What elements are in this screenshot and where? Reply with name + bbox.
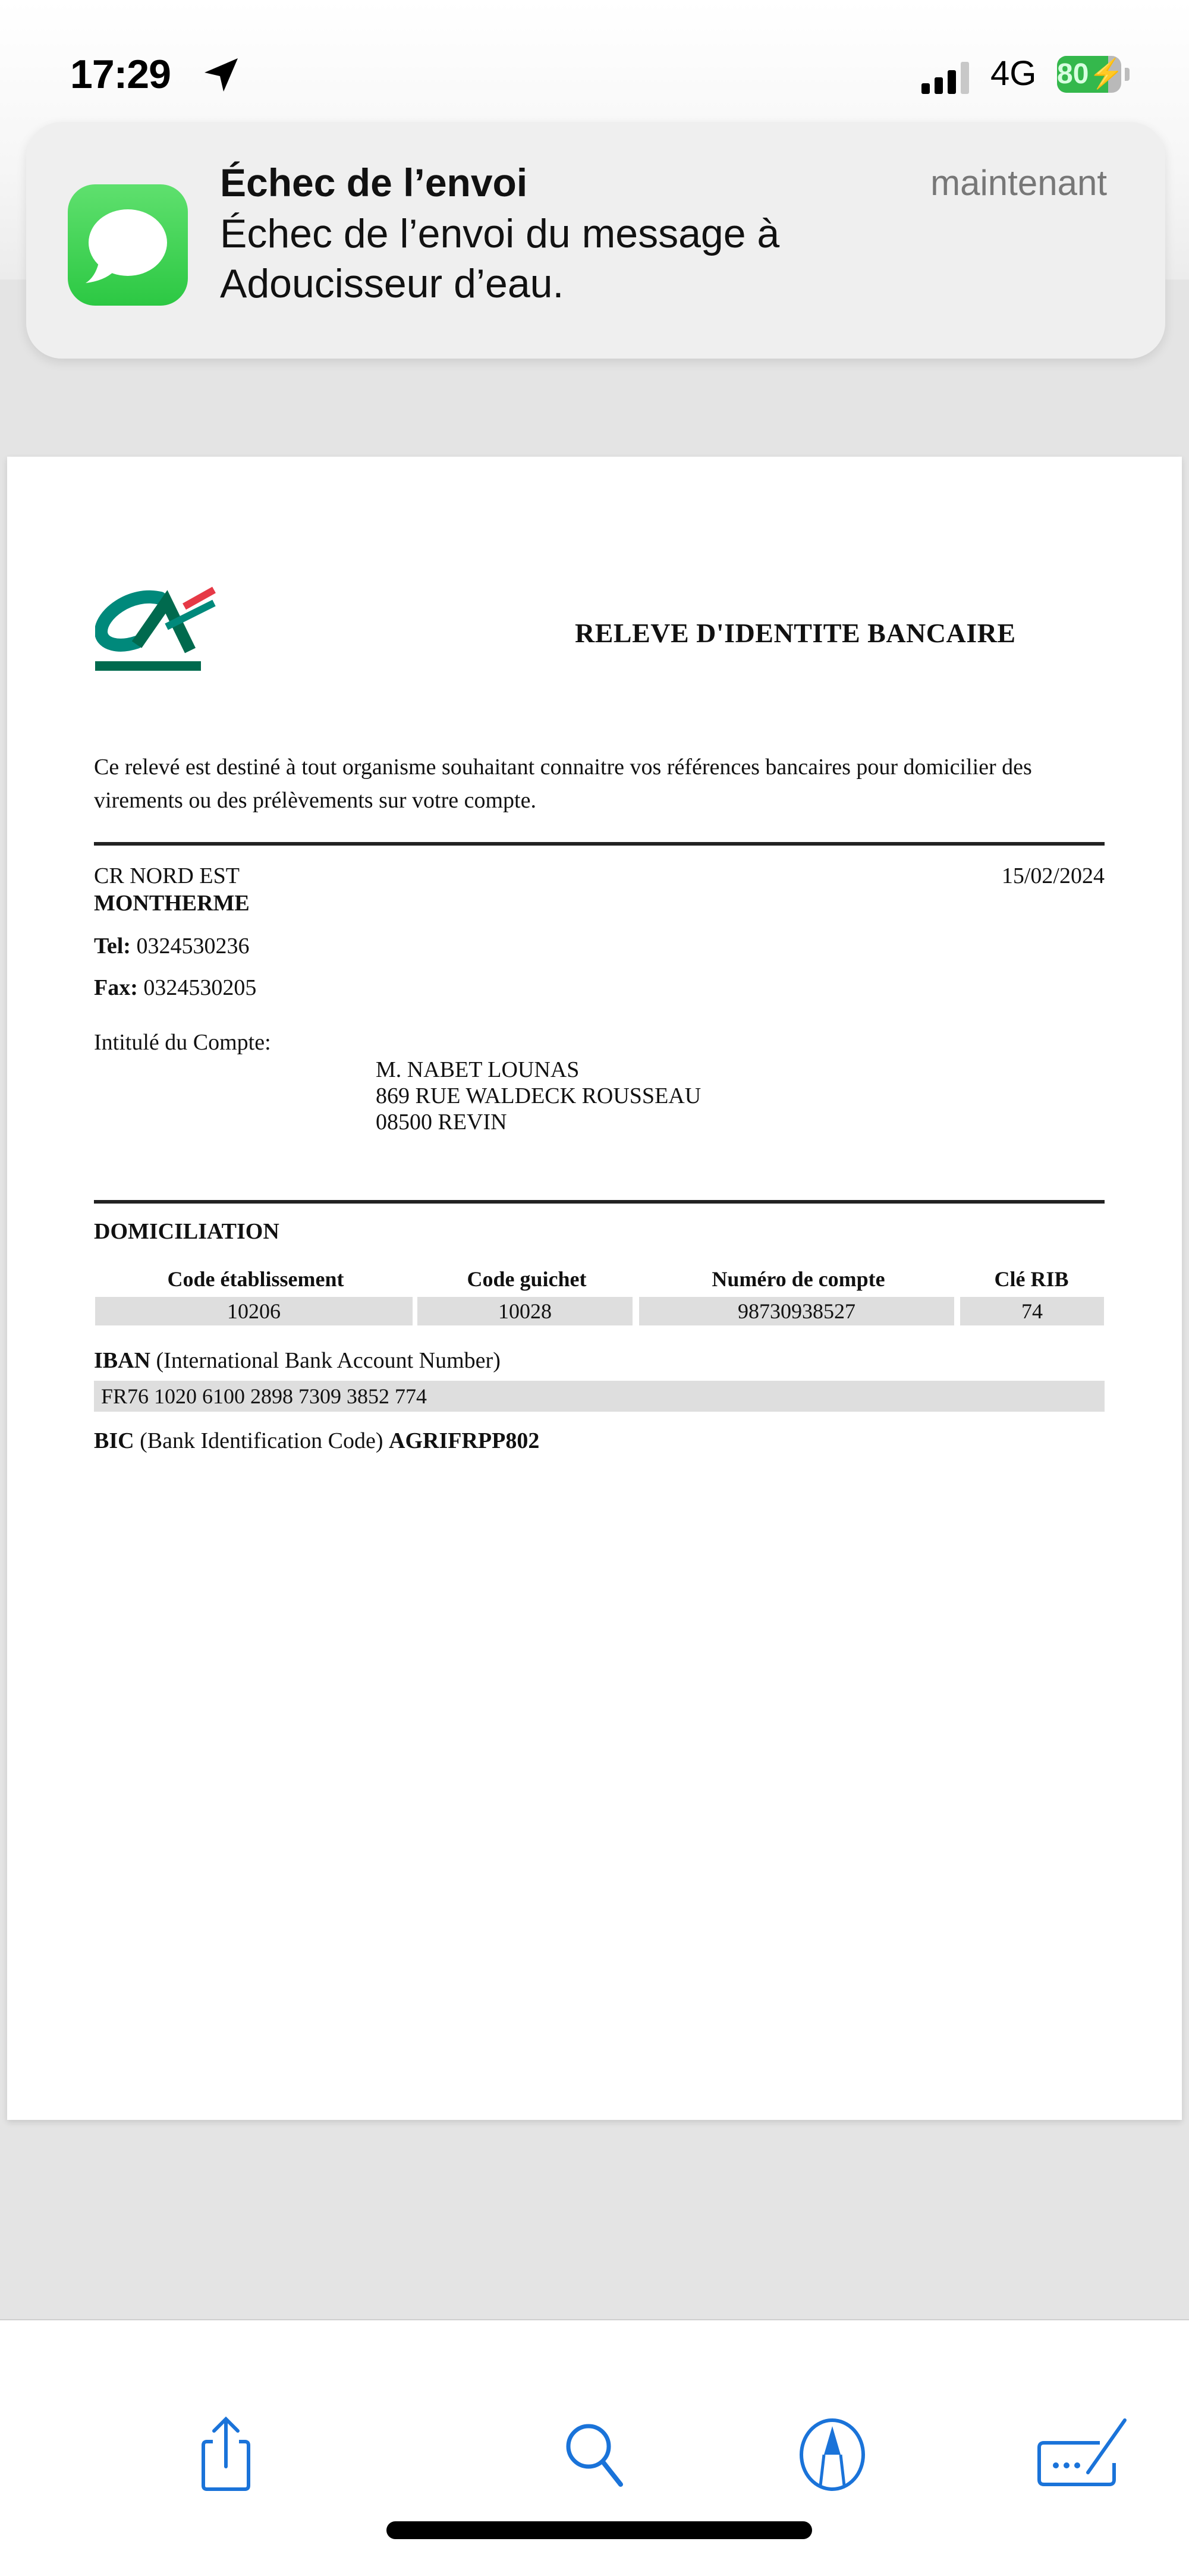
domiciliation-heading: DOMICILIATION: [94, 1218, 279, 1245]
rib-branch-code: 10028: [417, 1297, 633, 1325]
notification-title: Échec de l’envoi: [220, 160, 527, 205]
location-arrow-icon: [202, 56, 240, 94]
rib-header-rib-key: Clé RIB: [960, 1267, 1103, 1292]
notification-banner[interactable]: Échec de l’envoi maintenant Échec de l’e…: [26, 122, 1165, 359]
battery-indicator: 80⚡: [1057, 56, 1121, 93]
bank-region: CR NORD EST: [94, 862, 240, 890]
bic-value: AGRIFRPP802: [389, 1428, 539, 1453]
divider: [94, 1200, 1105, 1204]
notification-time: maintenant: [930, 162, 1107, 203]
rib-bank-code: 10206: [95, 1297, 413, 1325]
search-icon[interactable]: [559, 2415, 630, 2493]
account-holder-street: 869 RUE WALDECK ROUSSEAU: [376, 1082, 701, 1110]
document-title: RELEVE D'IDENTITE BANCAIRE: [575, 617, 1016, 649]
account-holder-label: Intitulé du Compte:: [94, 1029, 271, 1056]
account-holder-name: M. NABET LOUNAS: [376, 1056, 579, 1083]
battery-tip: [1125, 68, 1130, 81]
battery-percent: 80⚡: [1057, 56, 1121, 93]
bic-line: BIC (Bank Identification Code) AGRIFRPP8…: [94, 1427, 539, 1455]
rib-key: 74: [960, 1297, 1104, 1325]
share-icon[interactable]: [190, 2415, 262, 2493]
signal-strength-icon: [921, 61, 975, 94]
bank-fax: Fax: 0324530205: [94, 974, 256, 1001]
home-indicator[interactable]: [386, 2521, 812, 2539]
bank-tel: Tel: 0324530236: [94, 932, 249, 960]
signature-icon[interactable]: [1034, 2415, 1130, 2493]
document-page: RELEVE D'IDENTITE BANCAIRE Ce relevé est…: [7, 457, 1182, 2120]
iban-label: IBAN (International Bank Account Number): [94, 1347, 501, 1374]
notification-body: Échec de l’envoi du message à Adoucisseu…: [220, 209, 933, 309]
account-holder-city: 08500 REVIN: [376, 1108, 507, 1136]
intro-text: Ce relevé est destiné à tout organisme s…: [94, 750, 1105, 817]
network-type: 4G: [990, 54, 1036, 93]
credit-agricole-logo: [95, 585, 220, 674]
rib-header-bank-code: Code établissement: [95, 1267, 416, 1292]
messages-icon: [68, 184, 188, 306]
bank-branch: MONTHERME: [94, 890, 250, 917]
bolt-icon: ⚡: [1089, 58, 1121, 90]
rib-header-account-number: Numéro de compte: [639, 1267, 958, 1292]
document-date: 15/02/2024: [1002, 862, 1105, 890]
status-bar: 17:29 4G 80⚡: [0, 48, 1189, 107]
rib-account-number: 98730938527: [639, 1297, 954, 1325]
markup-pen-icon[interactable]: [797, 2415, 868, 2493]
divider: [94, 842, 1105, 846]
iban-value: FR76 1020 6100 2898 7309 3852 774: [94, 1381, 1105, 1412]
clock: 17:29: [70, 51, 171, 98]
rib-header-branch-code: Code guichet: [417, 1267, 636, 1292]
